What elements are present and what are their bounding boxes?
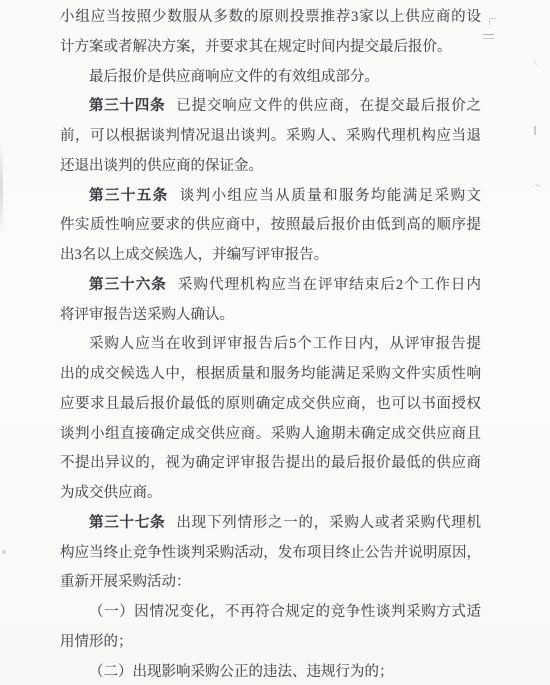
line-text: 用情形的；	[60, 634, 133, 650]
line-text: 件实质性响应要求的供应商中，按照最后报价由低到高的顺序提	[60, 217, 481, 233]
line-text: 采购代理机构应当在评审结束后2个工作日内	[178, 277, 481, 293]
scan-artifact	[0, 140, 3, 235]
article-number: 第三十七条	[89, 515, 165, 531]
line-text: 前，可以根据谈判情况退出谈判。采购人、采购代理机构应当退	[60, 128, 481, 144]
text-line: 将评审报告送采购人确认。	[60, 301, 481, 331]
scan-artifact	[483, 34, 494, 39]
text-line: 小组应当按照少数服从多数的原则投票推荐3家以上供应商的设	[60, 3, 481, 33]
line-text: 应要求且最后报价最低的原则确定成交供应商，也可以书面授权	[60, 396, 481, 412]
scan-artifact	[535, 179, 542, 186]
line-text: 已提交响应文件的供应商，在提交最后报价之	[176, 98, 481, 114]
line-text: 最后报价是供应商响应文件的有效组成部分。	[89, 69, 379, 85]
scan-artifact	[526, 58, 538, 69]
scanned-document-page: 小组应当按照少数服从多数的原则投票推荐3家以上供应商的设 计方案或者解决方案，并…	[0, 0, 550, 685]
text-line: 为成交供应商。	[60, 479, 481, 509]
text-line: 最后报价是供应商响应文件的有效组成部分。	[60, 63, 481, 93]
line-text: 谈判小组应当从质量和服务均能满足采购文	[180, 188, 481, 204]
line-text: 计方案或者解决方案，并要求其在规定时间内提交最后报价。	[60, 39, 452, 55]
text-line: 应要求且最后报价最低的原则确定成交供应商，也可以书面授权	[60, 390, 481, 420]
text-line: 件实质性响应要求的供应商中，按照最后报价由低到高的顺序提	[60, 211, 481, 241]
document-text-block: 小组应当按照少数服从多数的原则投票推荐3家以上供应商的设 计方案或者解决方案，并…	[60, 3, 481, 685]
text-line-article-35: 第三十五条谈判小组应当从质量和服务均能满足采购文	[60, 182, 481, 212]
line-text: （一）因情况变化，不再符合规定的竞争性谈判采购方式适	[89, 604, 481, 620]
line-text: 小组应当按照少数服从多数的原则投票推荐3家以上供应商的设	[60, 9, 481, 25]
line-text: 为成交供应商。	[60, 485, 162, 501]
text-line: 前，可以根据谈判情况退出谈判。采购人、采购代理机构应当退	[60, 122, 481, 152]
text-line-item-2: （二）出现影响采购公正的违法、违规行为的；	[60, 658, 481, 685]
text-line: 采购人应当在收到评审报告后5个工作日内，从评审报告提	[60, 330, 481, 360]
line-text: 将评审报告送采购人确认。	[60, 307, 234, 323]
line-text: （二）出现影响采购公正的违法、违规行为的；	[89, 664, 394, 680]
article-number: 第三十五条	[89, 188, 169, 204]
article-number: 第三十四条	[89, 98, 165, 114]
text-line: 谈判小组直接确定成交供应商。采购人逾期未确定成交供应商且	[60, 420, 481, 450]
line-text: 重新开展采购活动：	[60, 574, 191, 590]
text-line-item-1: （一）因情况变化，不再符合规定的竞争性谈判采购方式适	[60, 598, 481, 628]
text-line: 出的成交候选人中，根据质量和服务均能满足采购文件实质性响	[60, 360, 481, 390]
line-text: 还退出谈判的供应商的保证金。	[60, 158, 263, 174]
line-text: 出的成交候选人中，根据质量和服务均能满足采购文件实质性响	[60, 366, 481, 382]
text-line-article-37: 第三十七条出现下列情形之一的，采购人或者采购代理机	[60, 509, 481, 539]
line-text: 出现下列情形之一的，采购人或者采购代理机	[176, 515, 481, 531]
text-line: 计方案或者解决方案，并要求其在规定时间内提交最后报价。	[60, 33, 481, 63]
scan-artifact	[534, 126, 536, 135]
text-line: 出3名以上成交候选人，并编写评审报告。	[60, 241, 481, 271]
text-line: 用情形的；	[60, 628, 481, 658]
text-line-article-36: 第三十六条采购代理机构应当在评审结束后2个工作日内	[60, 271, 481, 301]
scan-artifact	[489, 18, 496, 25]
line-text: 采购人应当在收到评审报告后5个工作日内，从评审报告提	[89, 336, 481, 352]
text-line: 重新开展采购活动：	[60, 568, 481, 598]
text-line: 构应当终止竞争性谈判采购活动，发布项目终止公告并说明原因，	[60, 539, 481, 569]
line-text: 构应当终止竞争性谈判采购活动，发布项目终止公告并说明原因，	[60, 545, 481, 561]
line-text: 出3名以上成交候选人，并编写评审报告。	[60, 247, 328, 263]
line-text: 不提出异议的，视为确定评审报告提出的最后报价最低的供应商	[60, 455, 481, 471]
scan-artifact	[2, 550, 6, 554]
line-text: 谈判小组直接确定成交供应商。采购人逾期未确定成交供应商且	[60, 426, 481, 442]
text-line: 不提出异议的，视为确定评审报告提出的最后报价最低的供应商	[60, 449, 481, 479]
text-line-article-34: 第三十四条已提交响应文件的供应商，在提交最后报价之	[60, 92, 481, 122]
text-line: 还退出谈判的供应商的保证金。	[60, 152, 481, 182]
article-number: 第三十六条	[89, 277, 167, 293]
